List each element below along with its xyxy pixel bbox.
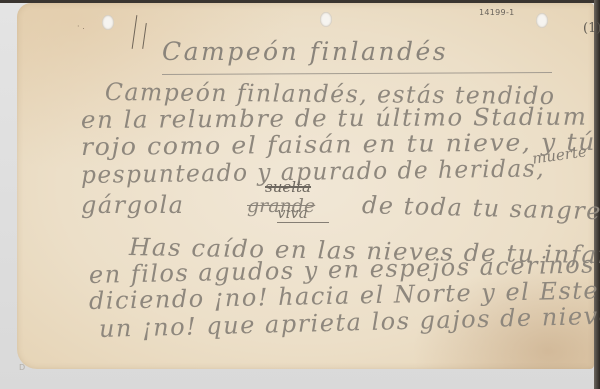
replacement-underline [277, 222, 329, 223]
poem-line: de toda tu sangre. [362, 191, 600, 226]
struck-insertion: suelta [265, 178, 311, 196]
margin-marks [129, 15, 151, 51]
replacement-word: viva [277, 204, 308, 222]
poem-line: pespunteado y apurado de heridas, [81, 154, 545, 189]
punch-hole [102, 15, 114, 30]
page-number: (1) [583, 21, 600, 36]
ink-dots: · . [77, 22, 85, 31]
poem-title: Campeón finlandés [162, 37, 448, 66]
margin-stroke [142, 23, 147, 49]
poem-line: gárgola [81, 191, 184, 219]
punch-hole [536, 13, 548, 28]
corner-mark: D [19, 363, 25, 372]
scanner-edge-right [594, 0, 600, 389]
title-underline [162, 72, 552, 75]
catalog-number: 14199-1 [479, 8, 515, 17]
manuscript-card: 14199-1 (1) · . Campeón finlandés Campeó… [17, 3, 594, 369]
punch-hole [320, 12, 332, 27]
scan-background: 14199-1 (1) · . Campeón finlandés Campeó… [0, 0, 600, 389]
margin-stroke [132, 15, 138, 49]
